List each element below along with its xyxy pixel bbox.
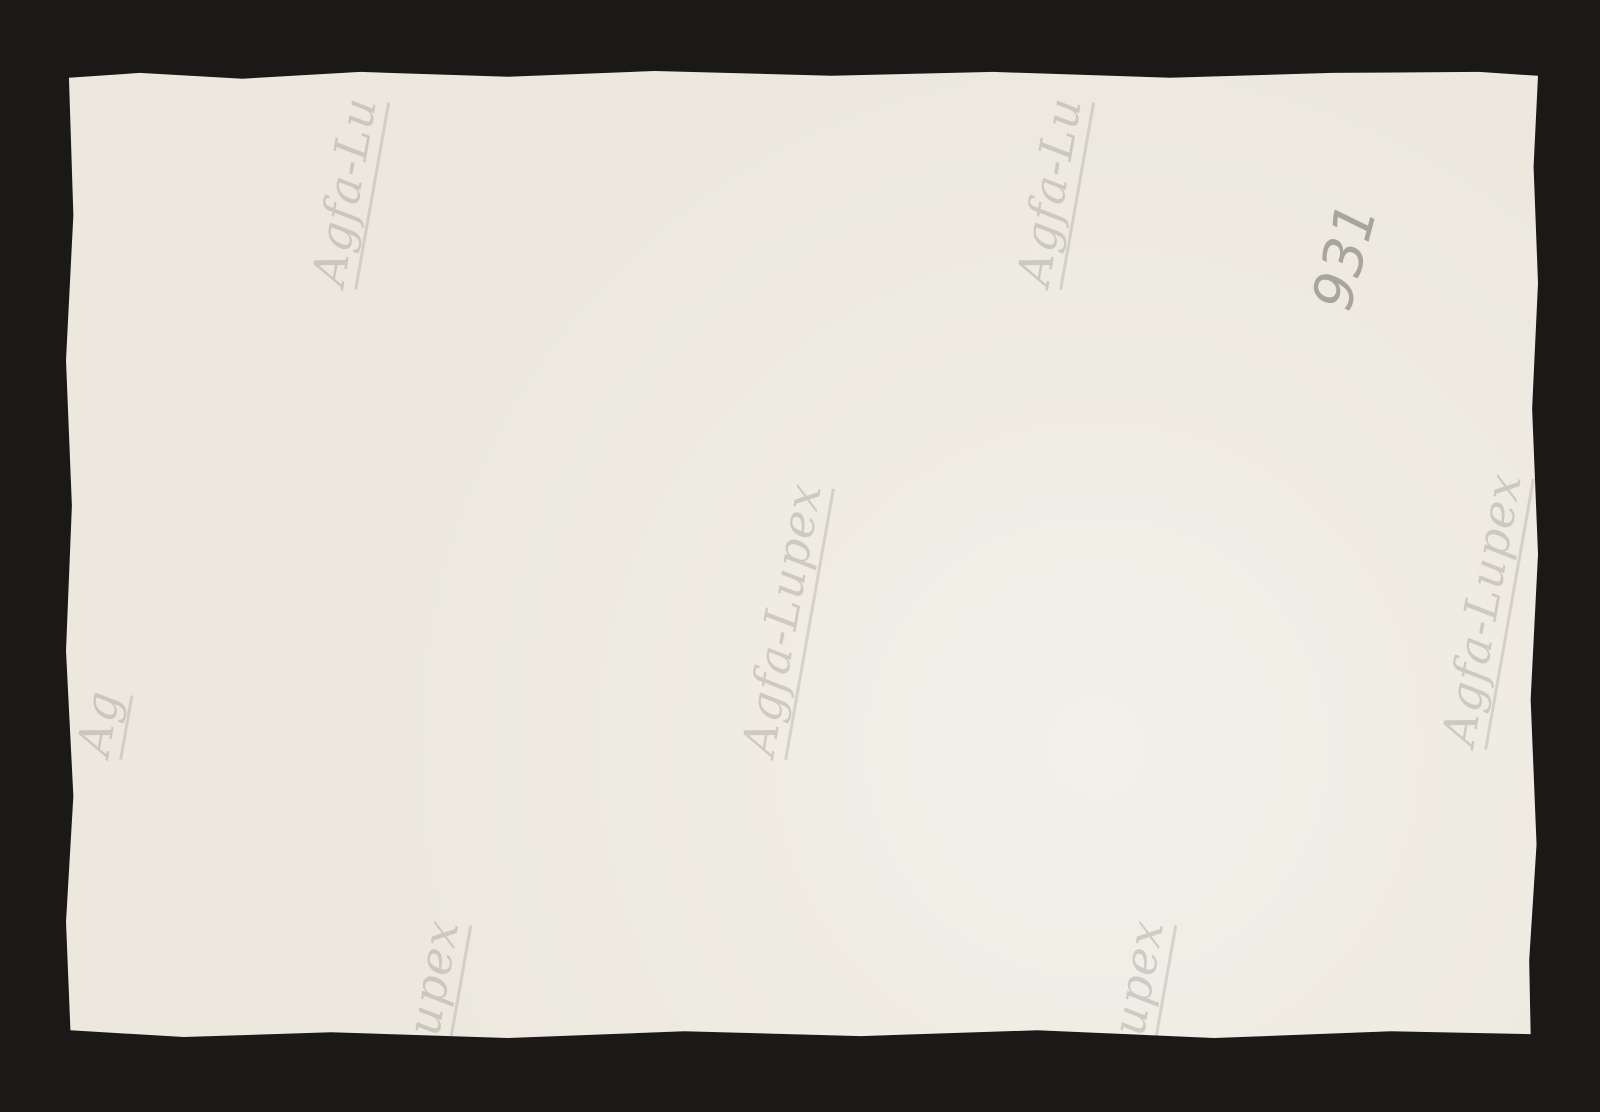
watermark-top-center: Agfa-Lu <box>1006 93 1095 290</box>
watermark-bottom-left: upex <box>396 916 472 1040</box>
photo-card-back: Agfa-Lu Agfa-Lu Agfa-Lupex Agfa-Lupex Ag… <box>66 70 1538 1038</box>
watermark-center: Agfa-Lupex <box>731 479 835 760</box>
watermark-top-left: Agfa-Lu <box>301 93 390 290</box>
watermark-right: Agfa-Lupex <box>1431 469 1535 750</box>
watermark-bottom-right: upex <box>1101 916 1177 1040</box>
watermark-left-partial: Ag <box>66 686 133 760</box>
